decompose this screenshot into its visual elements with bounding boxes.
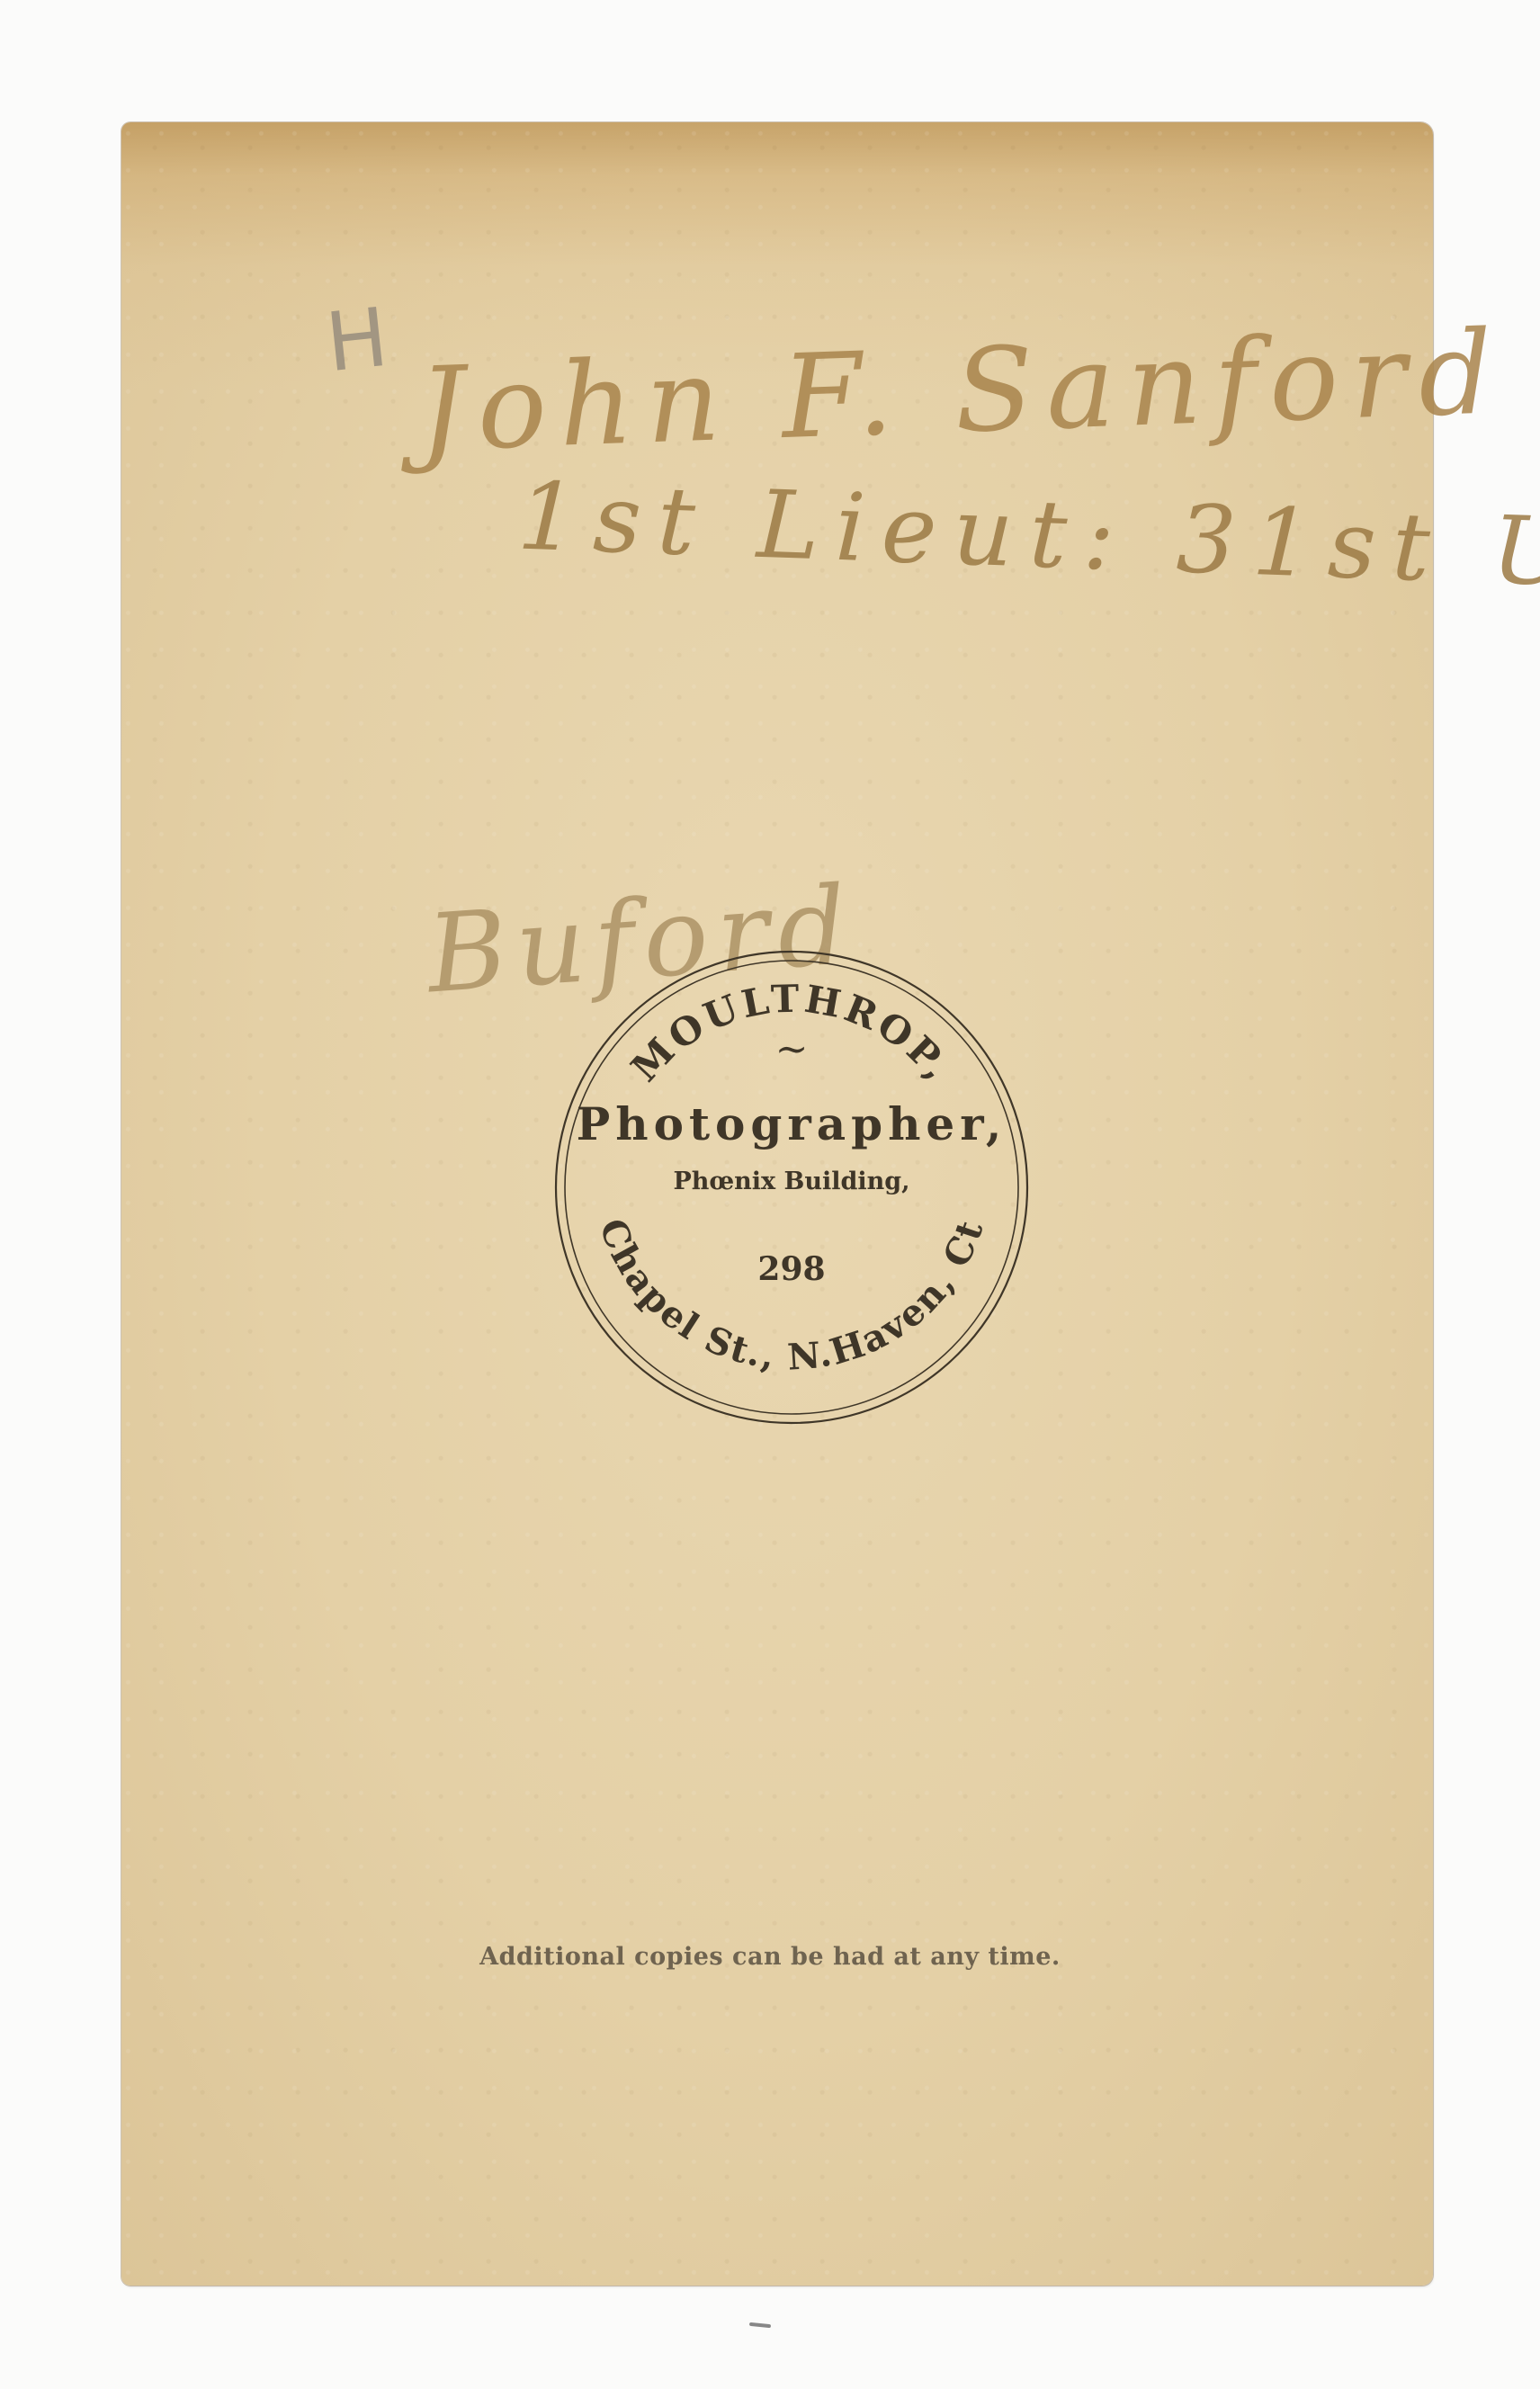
stamp-building: Phœnix Building, — [549, 1168, 1034, 1195]
svg-text:Chapel St., N.Haven, Ct: Chapel St., N.Haven, Ct — [591, 1213, 992, 1379]
dust-speck — [749, 2322, 771, 2328]
stamp-bottom-arc: Chapel St., N.Haven, Ct — [591, 1213, 992, 1379]
pencil-mark: H — [322, 291, 392, 391]
handwritten-name: John F. Sanford — [416, 306, 1508, 478]
handwritten-rank: 1st Lieut: 31st U.S.C.T. — [515, 461, 1540, 622]
photographer-stamp: MOULTHROP, Chapel St., N.Haven, Ct ~ Pho… — [549, 944, 1034, 1430]
stamp-street-number: 298 — [549, 1250, 1034, 1288]
stamp-profession: Photographer, — [549, 1097, 1034, 1150]
footer-note: Additional copies can be had at any time… — [0, 1943, 1540, 1971]
stamp-flourish: ~ — [549, 1030, 1034, 1069]
